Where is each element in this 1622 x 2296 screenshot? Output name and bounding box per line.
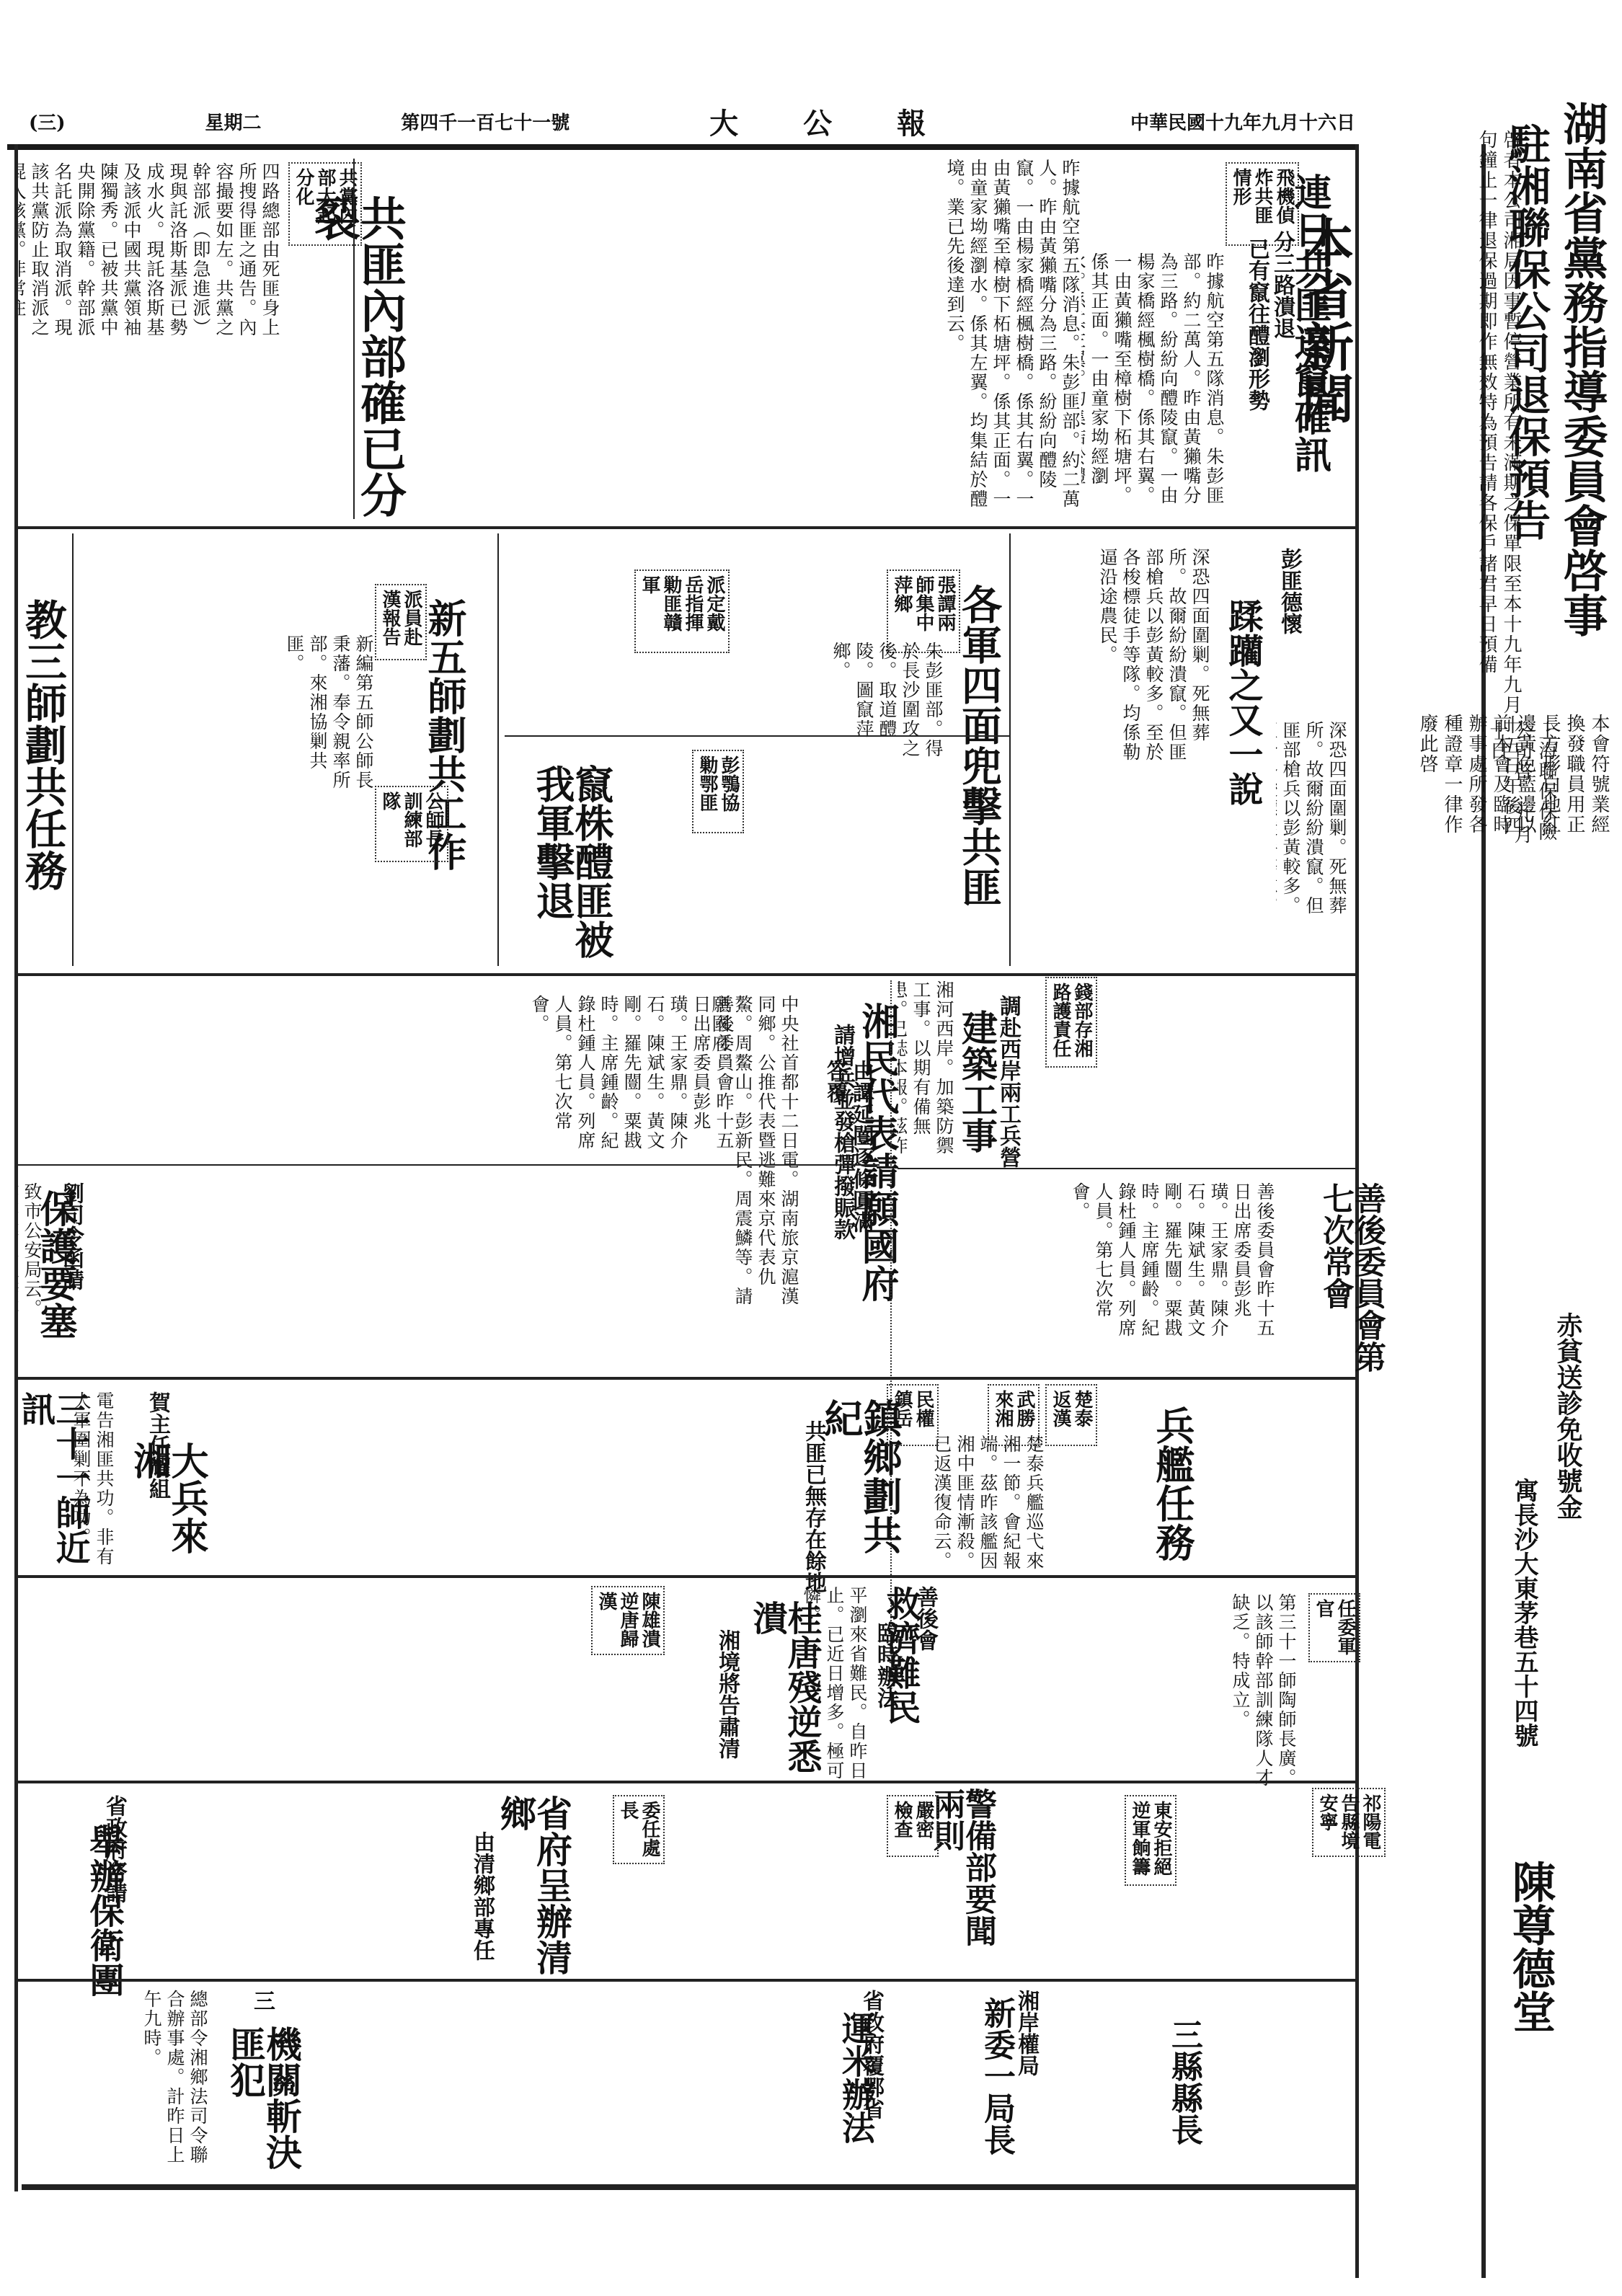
article-3-body-2: 深恐四面圍剿。死無葬所。故爾紛紛潰竄。但匪部槍兵以彭黃較多。至於各梭標徒手等隊。… xyxy=(1276,721,1348,923)
article-5-box-2: 公師長訓練部隊 xyxy=(375,786,448,862)
article-10-body: 善後委員會昨十五日出席委員彭兆璜。王家鼎。陳介石。陳斌生。黃文剛。羅先闓。粟戡時… xyxy=(901,1182,1276,1341)
article-2-box: 共黨內部大起分化 xyxy=(288,162,362,246)
article-2-body: 四路總部由死匪身上所搜得匪之通告。內容撮要如左。共黨之幹部派（即急進派）現與託洛… xyxy=(14,162,281,342)
article-20-subhead: 省政府咨請 xyxy=(101,1795,127,1939)
ad-party-title: 湖南省黨務指導委員會啓事 xyxy=(1550,101,1614,692)
article-7-headline: 竄株醴匪被我軍擊退 xyxy=(533,764,611,980)
bottom-rule xyxy=(22,2184,1355,2190)
left-border xyxy=(14,144,18,2191)
ad-clinic-address: 寓長沙大東茅巷五十四號 xyxy=(1507,1478,1542,1853)
article-10-headline: 善後委員會第七次常會 xyxy=(1319,1182,1383,1399)
meeting-minutes-body: 善後委員會昨十五日出席委員彭兆璜。王家鼎。陳介石。陳斌生。黃文剛。羅先闓。粟戡時… xyxy=(14,995,735,1168)
row-rule-9 xyxy=(14,1979,1355,1982)
article-16-subhead-1: 善後會 xyxy=(912,1586,938,1672)
ad-clinic-title: 赤貧送診免收號金 xyxy=(1550,1312,1587,1572)
issue-number: 第四千一百七十一號 xyxy=(401,108,570,135)
article-19-headline: 省府呈辦清鄉 xyxy=(497,1795,570,1982)
masthead-date: 中華民國十九年九月十六日 xyxy=(1130,108,1355,135)
article-3-headline: 蹂躪之又一說 xyxy=(1226,598,1260,836)
article-1-subhead-1: 分三路潰退 xyxy=(1269,231,1295,418)
article-4-divider xyxy=(1009,533,1011,966)
article-13-subhead: 劉司令函請 xyxy=(58,1182,84,1326)
article-11-body: 楚泰兵艦巡弋來湘一節。會紀報端。茲昨該艦因湘中匪情漸殺。已返漢復命云。 xyxy=(901,1435,1045,1579)
article-5-divider xyxy=(497,533,499,966)
article-19-box: 委任處長 xyxy=(613,1795,665,1864)
masthead-rule xyxy=(7,144,1355,150)
row-rule-8 xyxy=(14,1781,1355,1783)
article-9-headline: 建築工事 xyxy=(959,1009,995,1175)
article-14-box-2: 祁陽電告縣境安寧 xyxy=(1312,1788,1386,1857)
article-8-subhead-2: 由譚延闓逐條圓滿答覆 xyxy=(822,1060,874,1240)
row-rule-2 xyxy=(505,735,1009,737)
article-4-headline: 各軍四面兜擊共匪 xyxy=(959,584,999,930)
ad-clinic-name: 陳尊德堂 xyxy=(1499,1860,1561,2062)
article-22-subhead: 省政府覆鄂省 xyxy=(858,1990,884,2134)
article-18-box-2: 東安拒絕逆軍餉籌 xyxy=(1125,1795,1176,1886)
article-18-box-1: 嚴密檢查 xyxy=(887,1795,939,1857)
article-14-body: 第三十一師陶師長廣。以該師幹部訓練隊人才缺乏。特成立。 xyxy=(1189,1593,1298,1795)
article-2-divider xyxy=(353,159,355,519)
article-21-body: 總部令湘鄉法司令聯合辦事處。計昨日上午九時。 xyxy=(29,1990,209,2177)
article-1-box: 飛機偵炸共匪情形 xyxy=(1226,162,1299,246)
article-4-box-1: 張譚兩師集中萍鄉 xyxy=(887,569,960,653)
article-4-box-3: 彭鶚協勦鄂匪 xyxy=(692,750,744,833)
article-9-box: 錢部存湘路護責任 xyxy=(1045,977,1097,1068)
article-3-subhead: 彭匪德懷 xyxy=(1276,548,1302,692)
article-1-body: 昨據航空第五隊消息。朱彭匪部。約二萬人。昨由黃獺嘴分為三路。紛紛向醴陵竄。一由楊… xyxy=(1081,252,1226,519)
article-5-box-1: 派員赴漢報告 xyxy=(375,584,427,660)
page-marker: (三) xyxy=(29,108,66,135)
article-9-body: 湘河西岸。加築防禦工事。以期有備無患。已誌本報。茲昨何總指揮令調十五師工兵營黃營… xyxy=(898,980,955,1161)
article-1-body-continued: 昨據航空第五隊消息。朱彭匪部。約二萬人。昨由黃獺嘴分為三路。紛紛向醴陵竄。一由楊… xyxy=(800,159,1081,519)
paper-name: 大公報 xyxy=(709,101,991,142)
article-24-headline: 三縣縣長 xyxy=(1168,2018,1200,2177)
row-rule-6 xyxy=(14,1377,1355,1380)
article-9-subhead: 調赴西岸兩工兵營 xyxy=(995,995,1021,1189)
article-12-subhead: 共匪已無存在餘地 xyxy=(800,1420,826,1593)
ad-party-body: 本會符號業經換發職員用正長方形白地紅邊黃色藍邊以前本會及臨時辦事處所發各種證章一… xyxy=(1554,714,1611,843)
article-15-subhead: 賀主任耀組 xyxy=(144,1391,170,1535)
weekday: 星期二 xyxy=(205,108,261,135)
article-21-headline: 機關斬決匪犯 xyxy=(227,2026,299,2199)
article-21-subhead-1: 三 xyxy=(249,1990,275,2047)
masthead: 中華民國十九年九月十六日 大公報 第四千一百七十一號 星期二 (三) xyxy=(29,107,1355,136)
article-1-subhead-2: 已有竄往醴瀏形勢 xyxy=(1244,238,1269,512)
article-5-body: 新編第五師公師長秉藩。奉令親率所部。來湘協剿共匪。 xyxy=(209,634,375,800)
article-4-body: 朱彭匪部。得於長沙圍攻之後。取道醴陵。圖竄萍鄉。 xyxy=(800,642,944,764)
row-rule-5 xyxy=(14,1164,879,1166)
article-11-box-1: 楚泰返漢 xyxy=(1045,1384,1097,1446)
row-rule-3 xyxy=(14,973,1355,976)
article-18-headline: 警備部要聞兩則 xyxy=(930,1788,993,1946)
article-23-subhead: 湘岸權局 xyxy=(1013,1990,1039,2134)
article-14-headline: 三十一師近訊 xyxy=(18,1391,87,1579)
article-23-headline: 新委一局長 xyxy=(980,1997,1012,2155)
article-17-headline: 桂唐殘逆悉潰 xyxy=(750,1600,819,1773)
article-6-headline: 教三師劃共任務 xyxy=(22,598,63,944)
article-3-body: 深恐四面圍剿。死無葬所。故爾紛紛潰竄。但匪部槍兵以彭黃較多。至於各梭標徒手等隊。… xyxy=(1024,548,1211,764)
article-4-box-2: 派定戴岳指揮勦匪贛軍 xyxy=(634,569,730,653)
article-19-subhead: 由清鄉部專任 xyxy=(469,1831,495,1990)
article-17-box: 陳雄潰逆唐歸漢 xyxy=(591,1586,665,1655)
article-13-body: 致市公安局云。昨要塞工程辦事處逕啓者。 xyxy=(14,1182,43,1326)
row-rule-7 xyxy=(14,1575,1355,1578)
row-rule-4 xyxy=(898,1168,1355,1169)
article-14-box-1: 任委軍官 xyxy=(1308,1593,1360,1662)
row-rule-1 xyxy=(14,526,1355,529)
article-12-box: 民權鎮岳 xyxy=(887,1384,939,1446)
article-17-subhead: 湘境將告肅清 xyxy=(714,1629,740,1773)
article-6-divider xyxy=(72,533,74,966)
